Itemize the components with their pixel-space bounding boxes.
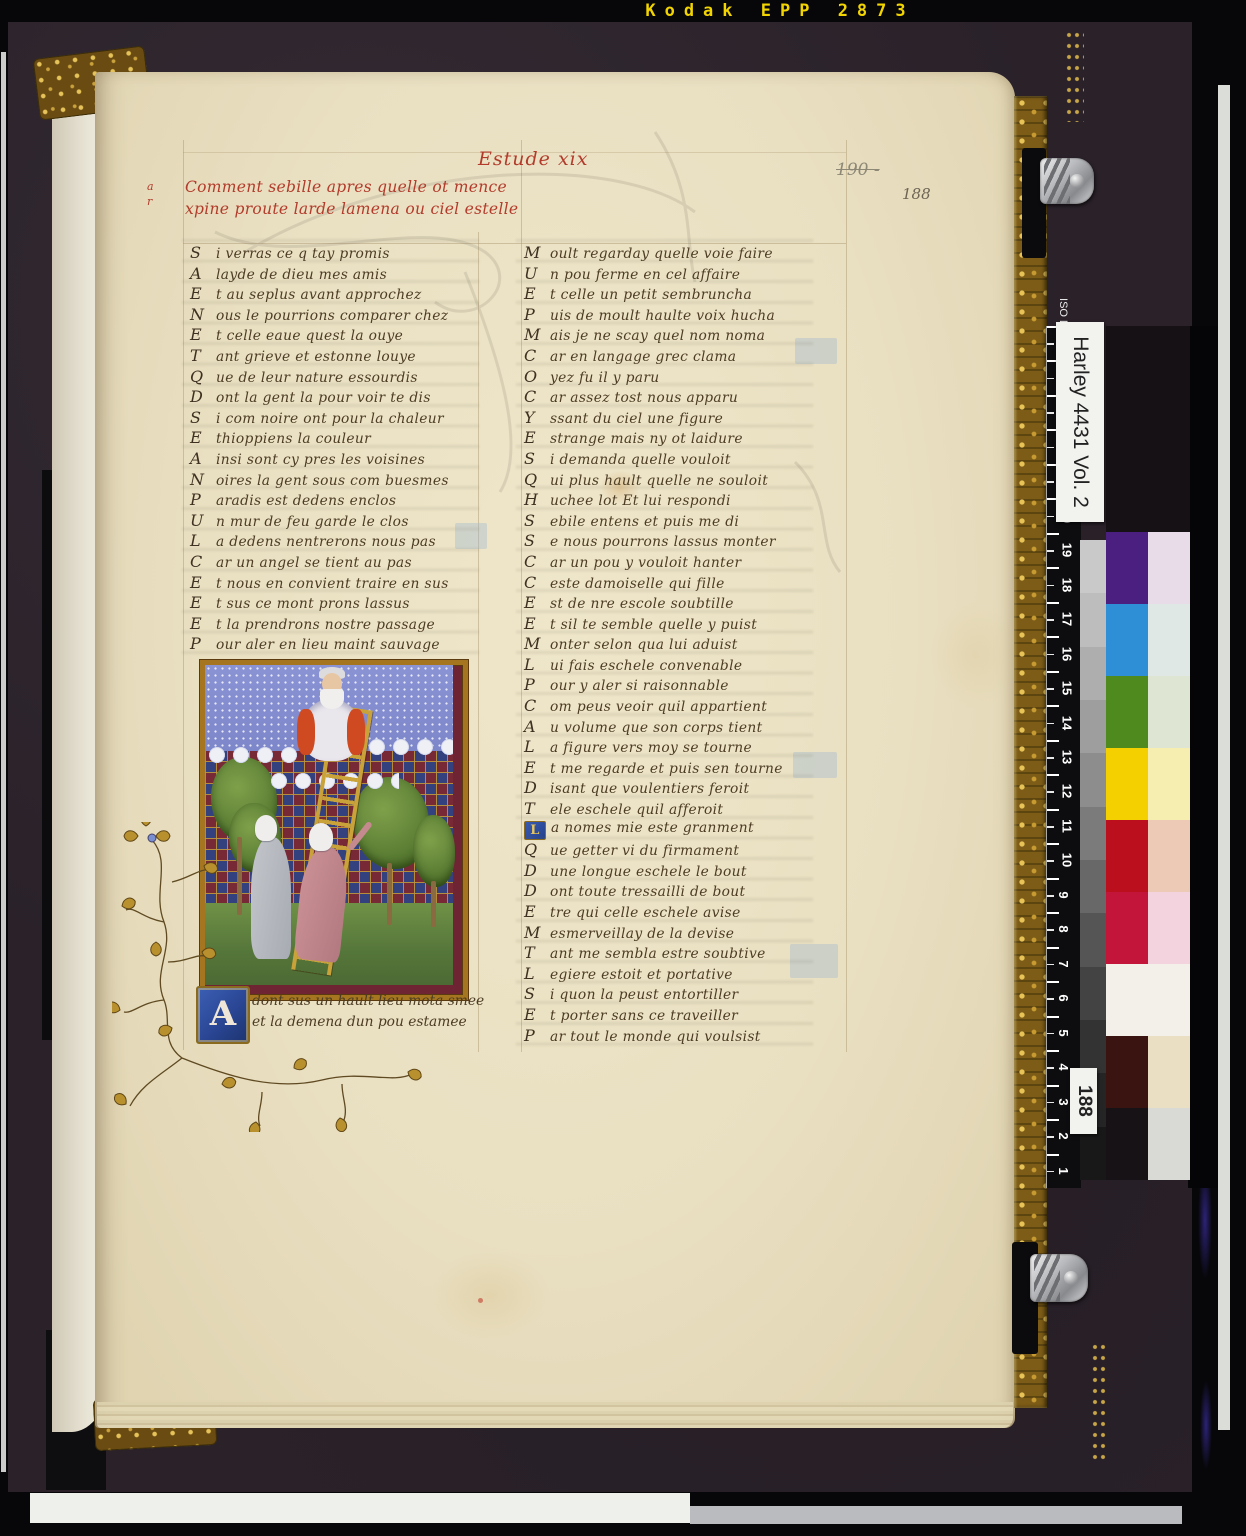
colour-patch [1106,964,1190,1036]
text-line: Si verras ce q tay promis [190,243,449,264]
line-text: t nous en convient traire en sus [216,576,449,592]
line-text: our y aler si raisonnable [550,678,729,694]
patch-row [1106,1108,1190,1180]
film-edge-strip-right [1218,85,1230,1430]
line-text: layde de dieu mes amis [216,267,387,283]
ruler-unit: 19 [1047,533,1081,567]
ruler-tick [1047,809,1059,811]
colour-patch [1106,604,1148,676]
grey-step [1080,1020,1106,1073]
text-line: Car assez tost nous apparu [524,387,783,408]
ruler-tick [1047,723,1054,725]
ruler-number: 2 [1056,1133,1071,1140]
rubric: Comment sebille apres quelle ot mence xp… [185,176,518,220]
line-text: une longue eschele le bout [550,864,747,880]
line-initial: P [524,305,550,324]
line-text: i verras ce q tay promis [216,246,390,262]
colour-patch [1148,748,1190,820]
line-text: ant me sembla estre soubtive [550,946,766,962]
photograph-of-manuscript: { "film": { "kodak_label": "Kodak EPP 28… [0,0,1246,1536]
line-text: t celle eaue quest la ouye [216,328,403,344]
line-text: ar tout le monde qui voulsist [550,1029,761,1045]
line-text: our aler en lieu maint sauvage [216,637,440,653]
ruler-unit: 9 [1047,878,1081,912]
line-initial: E [190,573,216,592]
line-text: ont la gent la pour voir te dis [216,390,431,406]
text-line: Et au seplus avant approchez [190,284,449,305]
ruler-tick [1047,533,1059,535]
text-line: Et la prendrons nostre passage [190,614,449,635]
line-initial: E [190,428,216,447]
line-initial: D [524,861,550,880]
line-initial: Q [524,840,550,859]
text-line: Se nous pourrons lassus monter [524,531,783,552]
text-line: Au volume que son corps tient [524,717,783,738]
text-line: Et me regarde et puis sen tourne [524,758,783,779]
shadow-gap [1188,326,1218,1188]
text-line: Ethioppiens la couleur [190,428,449,449]
line-text: onter selon qua lui aduist [550,637,738,653]
line-text: ssant du ciel une figure [550,411,723,427]
text-column-right: Moult regarday quelle voie faireUn pou f… [524,243,783,1046]
line-initial: S [190,408,216,427]
calibration-black-patch [1106,326,1190,532]
text-line: Car en langage grec clama [524,346,783,367]
line-text: egiere estoit et portative [550,967,733,983]
ruler-tick [1047,947,1059,949]
colour-patch [1106,1036,1148,1108]
ruler-tick [1047,585,1054,587]
ruler-tick [1047,619,1054,621]
champie-initial: L [524,821,546,840]
ruler-tick [1047,860,1054,862]
text-line: Car un pou y vouloit hanter [524,552,783,573]
text-line: Lui fais eschele convenable [524,655,783,676]
ruler-unit: 1 [1047,1154,1081,1188]
patch-row [1106,820,1190,892]
line-text: ar un pou y vouloit hanter [550,555,741,571]
line-initial: E [190,325,216,344]
line-initial: T [524,943,550,962]
text-line: Yssant du ciel une figure [524,408,783,429]
grey-step [1080,753,1106,806]
line-text: aradis est dedens enclos [216,493,396,509]
line-initial: S [524,511,550,530]
red-speck [478,1298,483,1303]
text-line: Dune longue eschele le bout [524,861,783,882]
line-text: ebile entens et puis me di [550,514,739,530]
text-line: Nous le pourrions comparer chez [190,305,449,326]
ruler-tick [1047,1154,1059,1156]
ruler-number: 7 [1056,960,1071,967]
line-text: esmerveillay de la devise [550,926,734,942]
ruler-unit: 18 [1047,567,1081,601]
line-initial: C [190,552,216,571]
page-stack-edges [97,1402,1013,1428]
patch-row [1106,604,1190,676]
text-line: La figure vers moy se tourne [524,737,783,758]
line-text: n pou ferme en cel affaire [550,267,740,283]
line-initial: S [190,243,216,262]
text-line: Et porter sans ce traveiller [524,1005,783,1026]
ruler-tick [1047,343,1054,345]
line-initial: S [524,449,550,468]
line-text: ui plus hault quelle ne souloit [550,473,768,489]
line-text: t sus ce mont prons lassus [216,596,410,612]
folio-number-ink: 188 [902,185,931,203]
ruler-number: 10 [1060,853,1075,867]
text-line: Pour aler en lieu maint sauvage [190,634,449,655]
line-text: t porter sans ce traveiller [550,1008,738,1024]
ruler-tick [1047,688,1054,690]
text-line: Legiere estoit et portative [524,964,783,985]
grey-step [1080,540,1106,593]
text-line: Disant que voulentiers feroit [524,778,783,799]
kodak-film-label: Kodak EPP 2873 [560,0,1000,24]
ruler-number: 12 [1060,784,1075,798]
line-initial: P [524,675,550,694]
rubric-line: xpine proute larde lamena ou ciel estell… [185,198,518,220]
ruler-number: 19 [1060,543,1075,557]
ruler-unit: 17 [1047,602,1081,636]
line-initial: D [524,881,550,900]
line-initial: D [190,387,216,406]
ruler-number: 1 [1056,1167,1071,1174]
ruler-tick [1047,912,1059,914]
line-text: ui fais eschele convenable [550,658,742,674]
gilt-speckles [1092,1342,1108,1460]
colour-patch [1148,532,1190,604]
text-line: Car un angel se tient au pas [190,552,449,573]
ruler-tick [1047,895,1054,897]
line-text: ont toute tressailli de bout [550,884,745,900]
text-line: Qui plus hault quelle ne souloit [524,470,783,491]
line-text: ue getter vi du firmament [550,843,739,859]
ruler-tick [1047,1102,1054,1104]
ruler-tick [1047,1171,1054,1173]
text-line: Dont toute tressailli de bout [524,881,783,902]
ruler-tick [1047,774,1059,776]
ruler-number: 4 [1056,1064,1071,1071]
text-line: Tant grieve et estonne louye [190,346,449,367]
ruler-unit: 14 [1047,705,1081,739]
text-line: La dedens nentrerons nous pas [190,531,449,552]
line-initial: Q [190,367,216,386]
running-header: Estude xix [478,148,588,170]
gilt-page-edges [1014,96,1047,1408]
ruler-tick [1047,378,1054,380]
ruler-tick [1047,791,1054,793]
god-beard [320,689,344,709]
line-text: ue de leur nature essourdis [216,370,418,386]
ruler-tick [1047,516,1054,518]
ruler-tick [1047,671,1059,673]
ruler-number: 5 [1056,1029,1071,1036]
ruler-unit: 13 [1047,740,1081,774]
line-text: thioppiens la couleur [216,431,371,447]
ruler-tick [1047,636,1059,638]
text-line: Est de nre escole soubtille [524,593,783,614]
ruler-number: 6 [1056,995,1071,1002]
ruler-tick [1047,1033,1054,1035]
text-line: Dont la gent la pour voir te dis [190,387,449,408]
line-text: e nous pourrons lassus monter [550,534,776,550]
text-line: Si com noire ont pour la chaleur [190,408,449,429]
text-line: Ainsi sont cy pres les voisines [190,449,449,470]
line-initial: E [190,614,216,633]
patch-row [1106,748,1190,820]
line-initial: M [524,923,550,942]
text-line: Estrange mais ny ot laidure [524,428,783,449]
ruler-tick [1047,1119,1059,1121]
ivy-vine-border [112,822,432,1132]
line-initial: P [190,634,216,653]
film-edge-strip-left [1,52,6,1472]
ruler-number: 8 [1056,926,1071,933]
line-text: oult regarday quelle voie faire [550,246,773,262]
text-line: Si quon la peust entortiller [524,984,783,1005]
ruler-tick [1047,447,1054,449]
line-text: a dedens nentrerons nous pas [216,534,436,550]
god-mantle [297,709,315,755]
colour-patch [1106,676,1148,748]
line-initial: E [190,593,216,612]
line-initial: E [524,593,550,612]
line-initial: E [190,284,216,303]
text-line: Et nous en convient traire en sus [190,573,449,594]
colour-patch [1106,532,1148,604]
line-initial: N [190,470,216,489]
text-line: Pour y aler si raisonnable [524,675,783,696]
god-mantle [347,709,365,755]
ruler-number: 9 [1056,891,1071,898]
text-line: Sebile entens et puis me di [524,511,783,532]
text-line: Et sus ce mont prons lassus [190,593,449,614]
text-line: Moult regarday quelle voie faire [524,243,783,264]
line-text: tre qui celle eschele avise [550,905,741,921]
ruler-tick [1047,1067,1054,1069]
text-line: Alayde de dieu mes amis [190,264,449,285]
patch-row [1106,1036,1190,1108]
ruler-unit: 15 [1047,671,1081,705]
text-line: Huchee lot Et lui respondi [524,490,783,511]
line-initial: M [524,634,550,653]
text-line: Tele eschele quil afferoit [524,799,783,820]
folio-number-pencil: 190 - [836,160,880,180]
film-edge-strip-bottom [30,1493,690,1523]
text-line: Si demanda quelle vouloit [524,449,783,470]
patch-row [1106,964,1190,1036]
grey-step [1080,700,1106,753]
text-line: Que getter vi du firmament [524,840,783,861]
line-text: t me regarde et puis sen tourne [550,761,783,777]
ruler-tick [1047,981,1059,983]
line-initial: C [524,552,550,571]
line-initial: S [524,984,550,1003]
grey-step [1080,860,1106,913]
colour-patch [1148,604,1190,676]
line-text: insi sont cy pres les voisines [216,452,425,468]
text-line: Mesmerveillay de la devise [524,923,783,944]
line-initial: L [190,531,216,550]
margin-mark: r [147,194,154,209]
grey-step [1080,593,1106,646]
text-line: Un pou ferme en cel affaire [524,264,783,285]
line-text: yez fu il y paru [550,370,660,386]
line-text: t au seplus avant approchez [216,287,422,303]
text-line: Par tout le monde qui voulsist [524,1026,783,1047]
line-text: a nomes mie este granment [551,820,754,836]
text-line: Ceste damoiselle qui fille [524,573,783,594]
film-edge-strip-bottom2 [690,1506,1182,1524]
line-initial: A [190,264,216,283]
line-text: u volume que son corps tient [550,720,763,736]
ruler-unit: 12 [1047,774,1081,808]
text-line: Oyez fu il y paru [524,367,783,388]
ruler-unit: 6 [1047,981,1081,1015]
ruler-tick [1047,740,1059,742]
text-line: Et celle eaue quest la ouye [190,325,449,346]
cloud-band [205,743,297,767]
line-initial: E [524,614,550,633]
line-text: om peus veoir quil appartient [550,699,767,715]
grey-step [1080,913,1106,966]
text-line: Paradis est dedens enclos [190,490,449,511]
line-text: i com noire ont pour la chaleur [216,411,444,427]
patch-row [1106,676,1190,748]
ruler-number: 13 [1060,750,1075,764]
line-initial: T [524,799,550,818]
line-text: ele eschele quil afferoit [550,802,723,818]
text-line: Et sil te semble quelle y puist [524,614,783,635]
line-initial: C [524,573,550,592]
line-initial: E [524,758,550,777]
line-initial: Q [524,470,550,489]
ruler-number: 18 [1060,577,1075,591]
ruler-tick [1047,843,1059,845]
colour-patch [1106,892,1148,964]
line-text: ar en langage grec clama [550,349,736,365]
line-initial: E [524,1005,550,1024]
text-line: Puis de moult haulte voix hucha [524,305,783,326]
line-initial: N [190,305,216,324]
colour-patch [1148,1108,1190,1180]
parchment-stain [430,1250,550,1340]
line-initial: C [524,346,550,365]
line-initial: O [524,367,550,386]
line-text: n mur de feu garde le clos [216,514,409,530]
ruler-number: 14 [1060,715,1075,729]
line-initial: E [524,902,550,921]
ruler-tick [1047,964,1054,966]
grey-step [1080,647,1106,700]
ruler-unit: 16 [1047,636,1081,670]
line-initial: A [524,717,550,736]
line-text: t la prendrons nostre passage [216,617,435,633]
colour-patch [1148,820,1190,892]
line-text: t sil te semble quelle y puist [550,617,757,633]
ruler-unit: 10 [1047,843,1081,877]
line-text: strange mais ny ot laidure [550,431,743,447]
colour-patch [1148,892,1190,964]
ruler-tick [1047,567,1059,569]
line-initial: E [524,428,550,447]
ruler-number: 15 [1060,681,1075,695]
line-initial: C [524,387,550,406]
line-text: este damoiselle qui fille [550,576,725,592]
ruler-number: 17 [1060,612,1075,626]
vine-flower [124,822,170,842]
margin-mark: a [147,179,154,194]
line-text: st de nre escole soubtille [550,596,734,612]
metal-clip-top [1040,158,1094,204]
ruler-tick [1047,602,1059,604]
patch-row [1106,532,1190,604]
line-initial: T [190,346,216,365]
line-text: ais je ne scay quel nom noma [550,328,765,344]
ruler-tick [1047,757,1054,759]
line-initial: S [524,531,550,550]
patch-row [1106,892,1190,964]
line-text: ar assez tost nous apparu [550,390,738,406]
margin-letter-marks: a r [147,179,154,209]
line-text: uchee lot Et lui respondi [550,493,731,509]
line-initial: L [524,964,550,983]
metal-clip-bottom [1030,1254,1088,1302]
ruler-tick [1047,654,1054,656]
ruler-unit: 7 [1047,947,1081,981]
ruler-tick [1047,998,1054,1000]
colour-patch [1148,676,1190,748]
line-initial: P [190,490,216,509]
text-line: La nomes mie este granment [524,820,783,841]
ruler-tick [1047,929,1054,931]
line-text: i quon la peust entortiller [550,987,739,1003]
line-text: uis de moult haulte voix hucha [550,308,775,324]
ruler-tick [1047,1136,1054,1138]
cloud-band [365,735,453,759]
line-initial: U [524,264,550,283]
ruler-unit: 11 [1047,809,1081,843]
text-column-left: Si verras ce q tay promisAlayde de dieu … [190,243,449,655]
text-line: Etre qui celle eschele avise [524,902,783,923]
line-text: a figure vers moy se tourne [550,740,752,756]
grey-step [1080,967,1106,1020]
line-text: oires la gent sous com buesmes [216,473,449,489]
ruler-tick [1047,878,1059,880]
colour-patch [1106,748,1148,820]
gilt-speckles [1066,30,1084,122]
colour-calibration-patches [1106,532,1190,1180]
ruler-tick [1047,1016,1059,1018]
line-initial: D [524,778,550,797]
text-line: Un mur de feu garde le clos [190,511,449,532]
line-initial: P [524,1026,550,1045]
line-initial: U [190,511,216,530]
ruler-tick [1047,1050,1059,1052]
ruler-tick [1047,550,1054,552]
line-initial: A [190,449,216,468]
colour-patch [1106,1108,1148,1180]
line-initial: L [524,737,550,756]
ruler-unit: 8 [1047,912,1081,946]
colour-patch [1148,1036,1190,1108]
ruler-tick [1047,481,1054,483]
line-text: isant que voulentiers feroit [550,781,749,797]
text-line: Que de leur nature essourdis [190,367,449,388]
rubric-line: Comment sebille apres quelle ot mence [185,176,518,198]
ruler-unit: 5 [1047,1016,1081,1050]
